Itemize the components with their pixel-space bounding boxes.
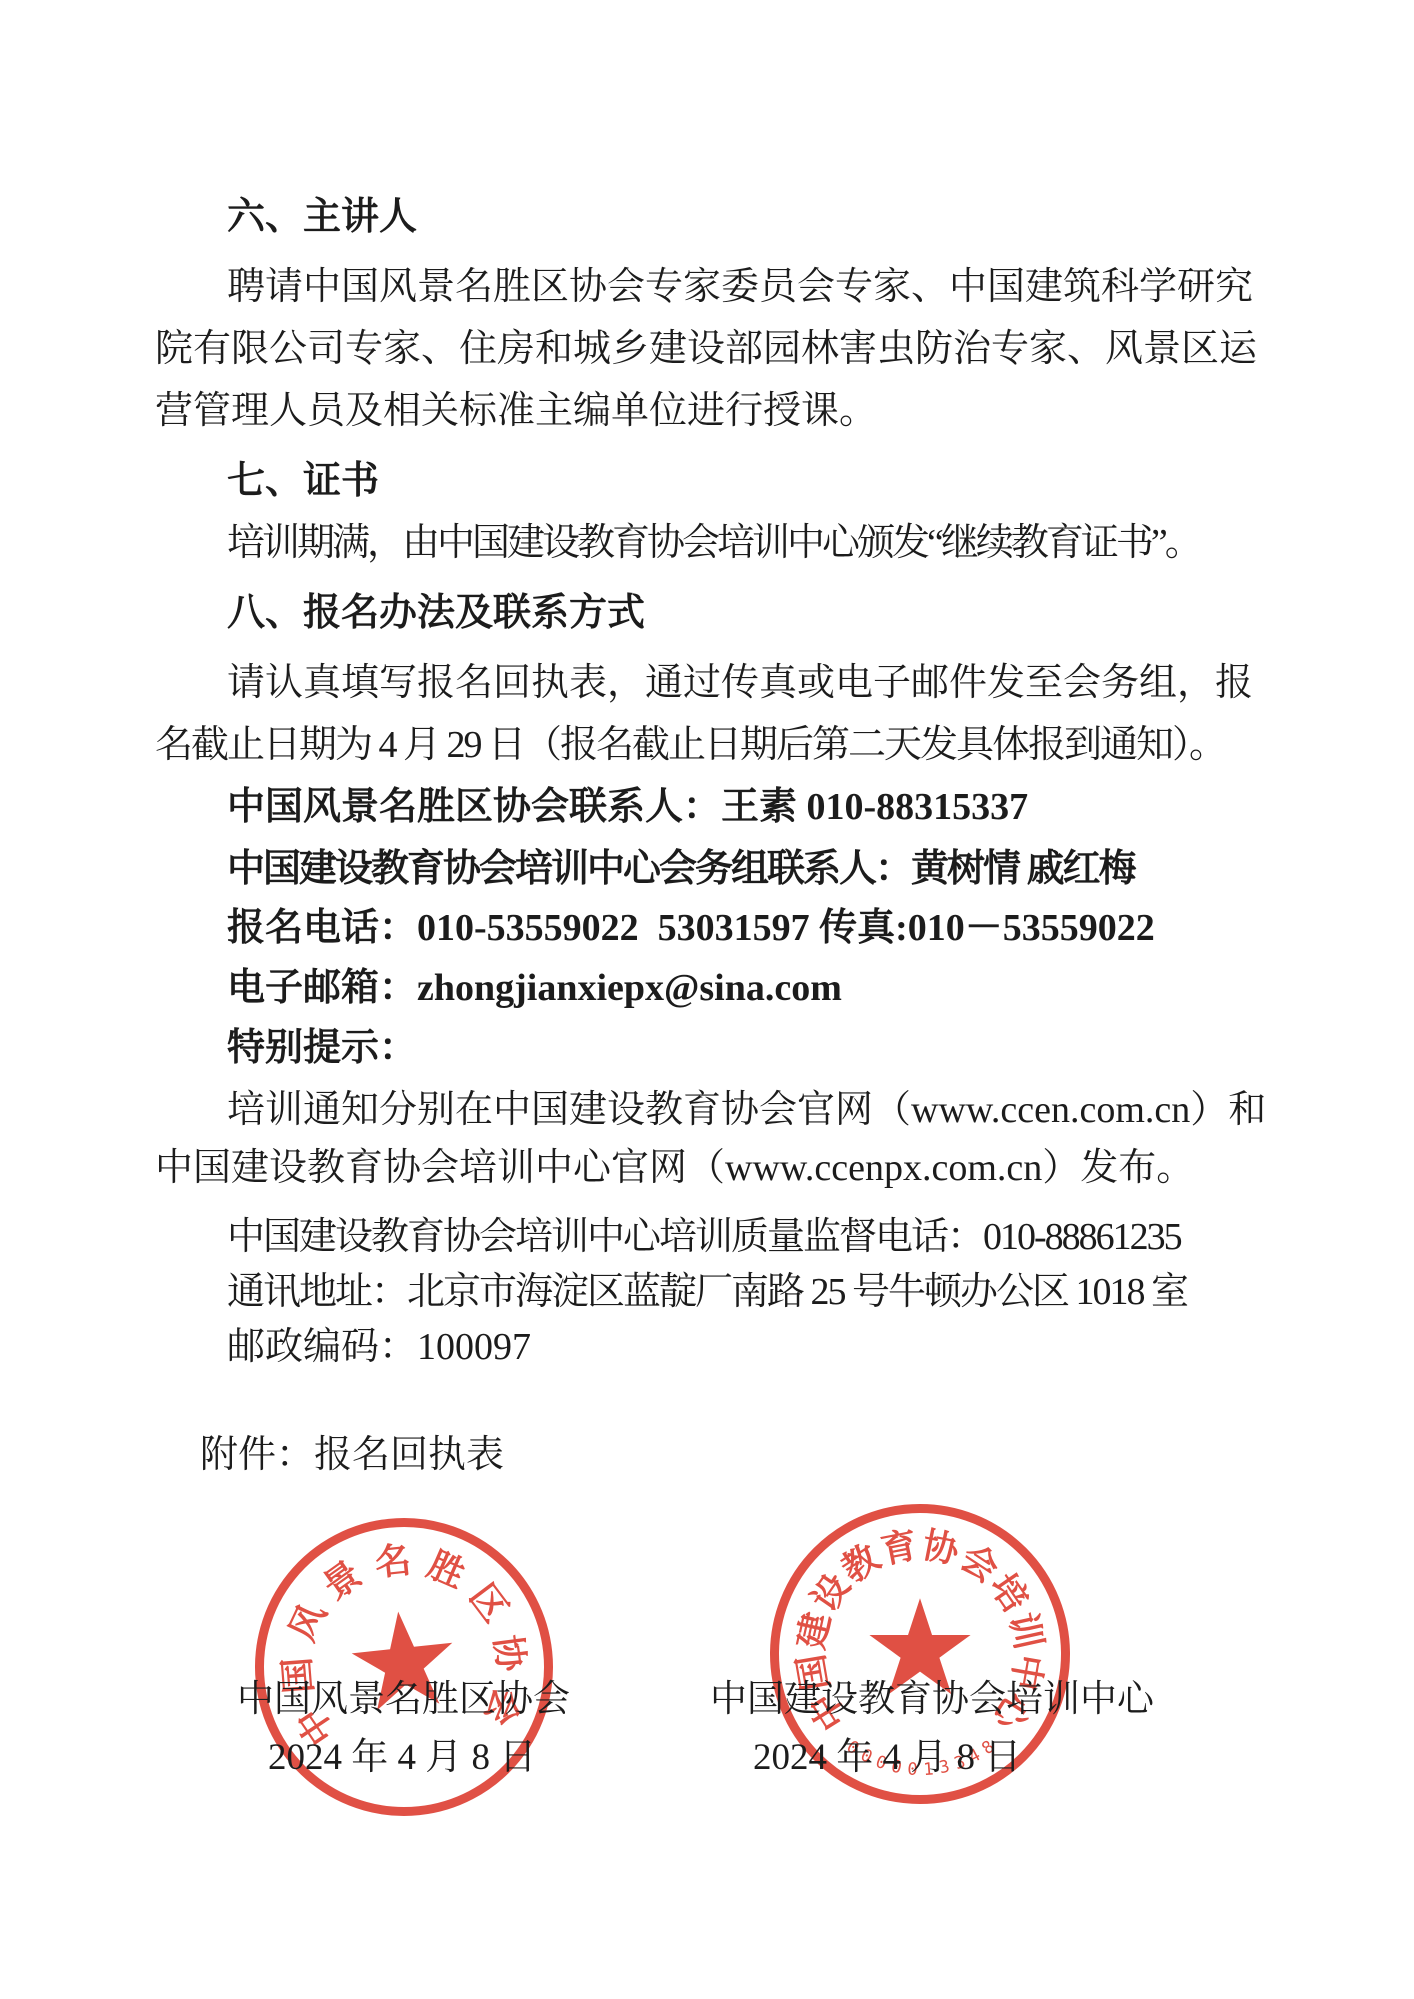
special-note-heading: 特别提示：: [227, 1028, 417, 1068]
left-signature-date: 2024 年 4 月 8 日: [268, 1738, 536, 1778]
attachment-line: 附件：报名回执表: [200, 1435, 504, 1475]
contact-training-center: 中国建设教育协会培训中心会务组联系人：黄树情 戚红梅: [227, 849, 1135, 889]
para-speakers-line-3: 营管理人员及相关标准主编单位进行授课。: [155, 391, 877, 431]
contact-scenic-association: 中国风景名胜区协会联系人：王素 010-88315337: [227, 787, 1028, 827]
para-speakers-line-2: 院有限公司专家、住房和城乡建设部园林害虫防治专家、风景区运: [155, 329, 1257, 369]
right-signature-date: 2024 年 4 月 8 日: [753, 1738, 1021, 1778]
right-signature-org: 中国建设教育协会培训中心: [710, 1680, 1154, 1720]
para-speakers-line-1: 聘请中国风景名胜区协会专家委员会专家、中国建筑科学研究: [227, 267, 1253, 307]
contact-email: 电子邮箱：zhongjianxiepx@sina.com: [227, 968, 842, 1008]
left-signature-org: 中国风景名胜区协会: [237, 1680, 570, 1720]
mailing-address: 通讯地址：北京市海淀区蓝靛厂南路 25 号牛顿办公区 1018 室: [227, 1272, 1187, 1312]
postal-code: 邮政编码：100097: [227, 1327, 531, 1367]
note-websites-line-1: 培训通知分别在中国建设教育协会官网（www.ccen.com.cn）和: [227, 1090, 1266, 1130]
para-registration-line-2: 名截止日期为 4 月 29 日（报名截止日期后第二天发具体报到通知）。: [155, 725, 1225, 765]
heading-section-8: 八、报名办法及联系方式: [227, 593, 645, 633]
quality-supervision-phone: 中国建设教育协会培训中心培训质量监督电话：010-88861235: [227, 1217, 1181, 1257]
heading-section-6: 六、主讲人: [227, 197, 417, 237]
para-registration-line-1: 请认真填写报名回执表，通过传真或电子邮件发至会务组，报: [227, 663, 1253, 703]
document-page: 六、主讲人 聘请中国风景名胜区协会专家委员会专家、中国建筑科学研究 院有限公司专…: [0, 0, 1414, 1999]
contact-phone-fax: 报名电话：010-53559022 53031597 传真:010－535590…: [227, 908, 1155, 948]
para-certificate: 培训期满，由中国建设教育协会培训中心颁发“继续教育证书”。: [227, 523, 1200, 563]
heading-section-7: 七、证书: [227, 461, 379, 501]
note-websites-line-2: 中国建设教育协会培训中心官网（www.ccenpx.com.cn）发布。: [155, 1148, 1194, 1188]
left-official-seal: ★ 中国风景名胜区协会: [240, 1503, 568, 1831]
